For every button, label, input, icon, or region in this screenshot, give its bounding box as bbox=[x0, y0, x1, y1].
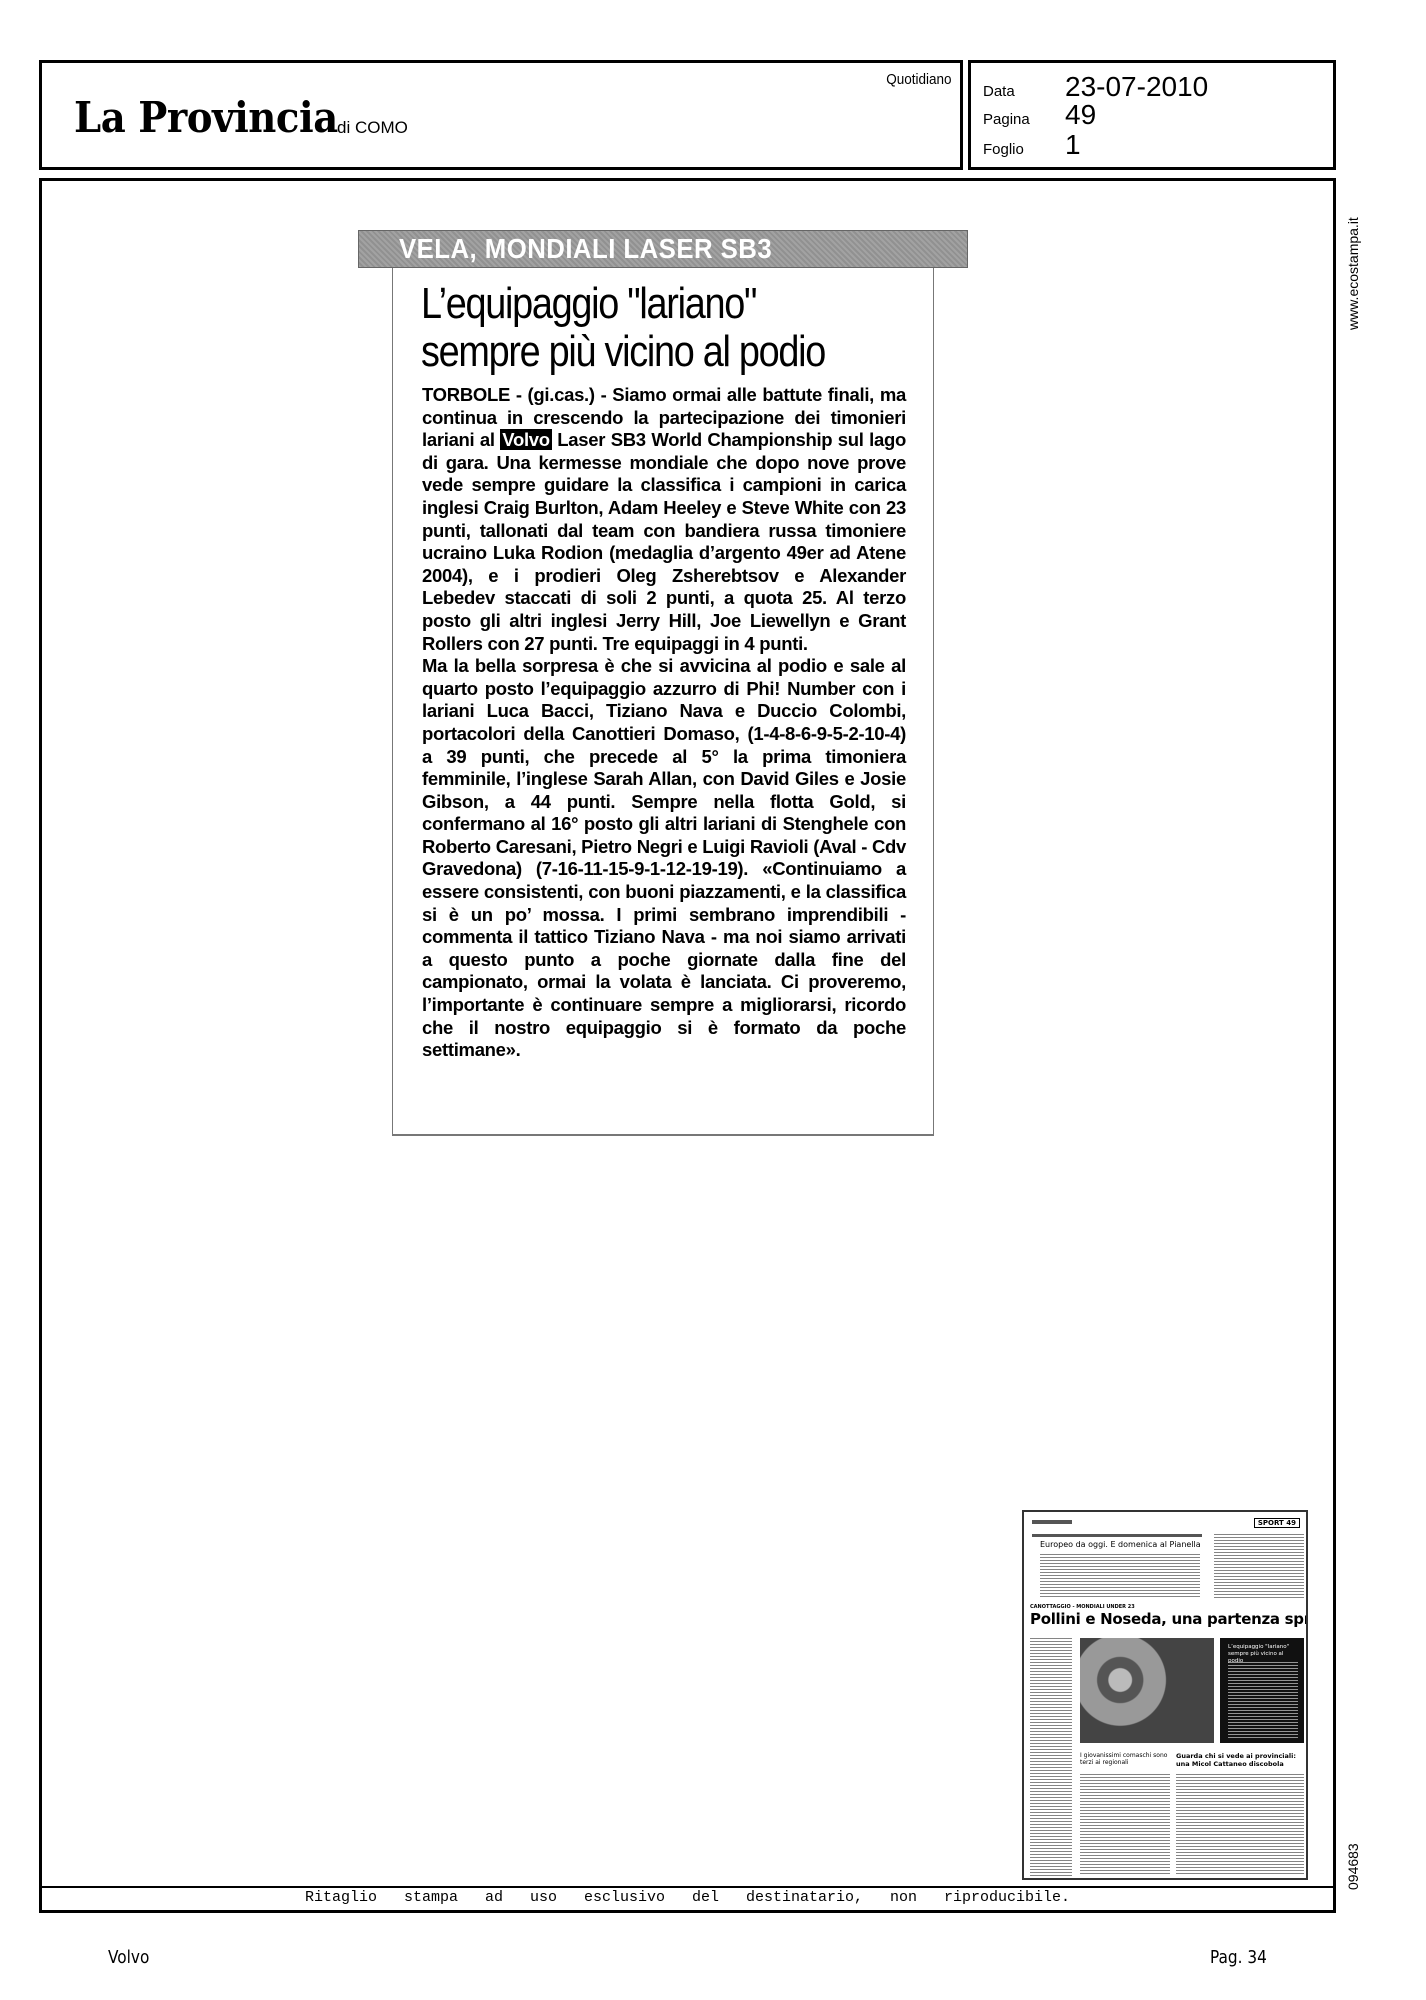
thumb-text-block bbox=[1080, 1774, 1170, 1874]
periodicity-label: Quotidiano bbox=[887, 71, 952, 88]
thumb-top-kicker bbox=[1032, 1534, 1202, 1537]
publication-logo: La Provincia bbox=[74, 93, 338, 142]
thumb-top-headline: Europeo da oggi. E domenica al Pianella bbox=[1040, 1540, 1201, 1549]
thumb-photo bbox=[1080, 1638, 1214, 1743]
article-kicker: VELA, MONDIALI LASER SB3 bbox=[399, 233, 772, 265]
meta-page-row: Pagina 49 bbox=[983, 99, 1096, 131]
clipping-code: 094683 bbox=[1345, 1843, 1361, 1890]
paragraph-text: Laser SB3 World Championship sul lago di… bbox=[422, 429, 906, 653]
thumb-inset-box: L’equipaggio "lariano" sempre più vicino… bbox=[1220, 1638, 1304, 1743]
highlighted-keyword: Volvo bbox=[500, 429, 552, 450]
meta-sheet-label: Foglio bbox=[983, 141, 1065, 158]
meta-page-label: Pagina bbox=[983, 111, 1065, 128]
meta-page-value: 49 bbox=[1065, 99, 1096, 131]
publication-edition: di COMO bbox=[337, 118, 408, 138]
footer-page-number: Pag. 34 bbox=[1210, 1947, 1267, 1968]
footer-keyword: Volvo bbox=[108, 1947, 149, 1968]
article-paragraph-1: TORBOLE - (gi.cas.) - Siamo ormai alle b… bbox=[422, 384, 906, 655]
thumb-text-column bbox=[1030, 1638, 1072, 1876]
thumb-main-headline: Pollini e Noseda, una partenza sprint bbox=[1030, 1610, 1308, 1628]
article-paragraph-2: Ma la bella sorpresa è che si avvicina a… bbox=[422, 655, 906, 1062]
thumb-text-block bbox=[1214, 1534, 1304, 1599]
headline-line-2: sempre più vicino al podio bbox=[421, 328, 851, 376]
thumb-section-badge: SPORT 49 bbox=[1254, 1518, 1300, 1528]
masthead: La Provincia di COMO Quotidiano bbox=[39, 60, 963, 170]
thumb-text-block bbox=[1040, 1554, 1200, 1599]
thumb-inset-text bbox=[1228, 1662, 1298, 1738]
article-headline: L’equipaggio "lariano" sempre più vicino… bbox=[421, 280, 851, 376]
article: L’equipaggio "lariano" sempre più vicino… bbox=[392, 268, 934, 1136]
meta-date-label: Data bbox=[983, 83, 1065, 100]
article-body: TORBOLE - (gi.cas.) - Siamo ormai alle b… bbox=[422, 384, 906, 1062]
meta-sheet-value: 1 bbox=[1065, 129, 1081, 161]
metadata-box: Data 23-07-2010 Pagina 49 Foglio 1 bbox=[968, 60, 1336, 170]
source-url: www.ecostampa.it bbox=[1345, 217, 1361, 330]
thumb-right-headline: Guarda chi si vede ai provinciali: una M… bbox=[1176, 1752, 1306, 1768]
disclaimer-text: Ritaglio stampa ad uso esclusivo del des… bbox=[42, 1889, 1333, 1906]
headline-line-1: L’equipaggio "lariano" bbox=[421, 280, 851, 328]
thumb-masthead-strip bbox=[1032, 1520, 1072, 1524]
meta-sheet-row: Foglio 1 bbox=[983, 129, 1081, 161]
thumb-left-headline: I giovanissimi comaschi sono terzi ai re… bbox=[1080, 1752, 1170, 1766]
page-thumbnail: SPORT 49 Europeo da oggi. E domenica al … bbox=[1022, 1510, 1308, 1880]
frame-divider bbox=[42, 1886, 1333, 1888]
thumb-text-block bbox=[1176, 1774, 1304, 1874]
article-kicker-bar: VELA, MONDIALI LASER SB3 bbox=[358, 230, 968, 268]
